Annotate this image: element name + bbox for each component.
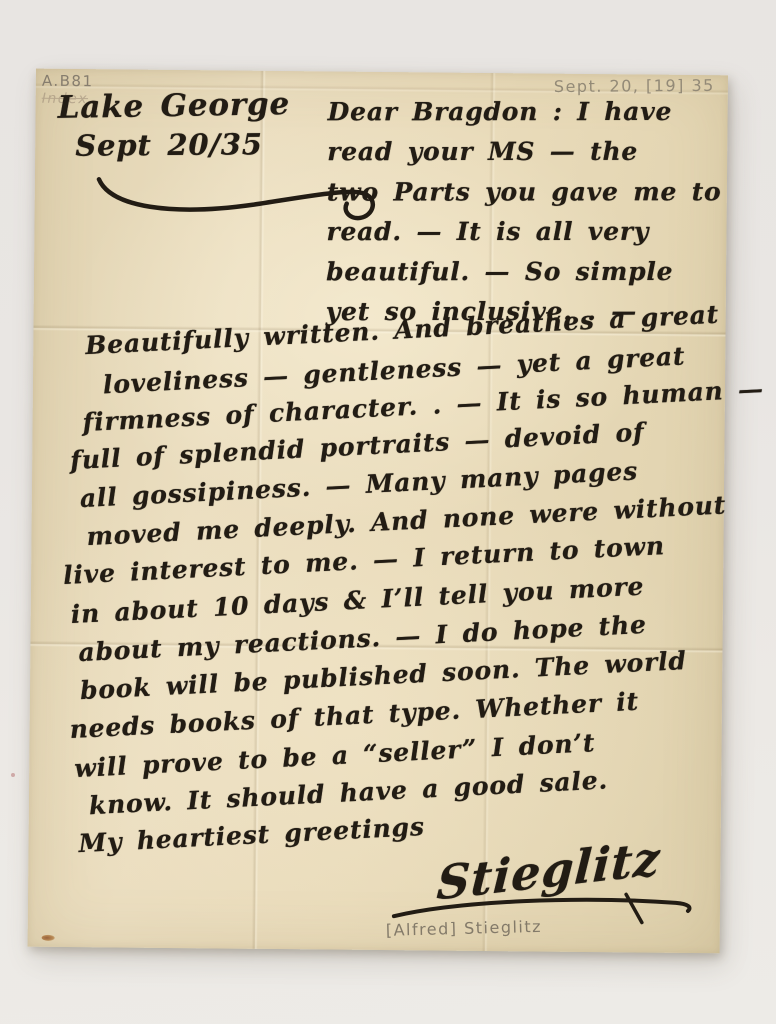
letter-line: two Parts you gave me to bbox=[327, 177, 722, 206]
signature-flourish bbox=[390, 890, 700, 929]
catalog-number-annotation: A.B81 bbox=[42, 72, 94, 90]
letter-paper: A.B81 Index Sept. 20, [19] 35 [Alfred] S… bbox=[28, 69, 728, 954]
letter-line: read. — It is all very bbox=[326, 217, 649, 246]
date-annotation: Sept. 20, [19] 35 bbox=[554, 76, 715, 96]
foxing-stain bbox=[42, 935, 55, 941]
letter-line: Dear Bragdon : I have bbox=[328, 97, 673, 126]
letter-place: Lake George bbox=[57, 86, 290, 126]
mat-speck bbox=[11, 773, 15, 777]
letter-line: beautiful. — So simple bbox=[326, 257, 673, 286]
letter-photograph: A.B81 Index Sept. 20, [19] 35 [Alfred] S… bbox=[0, 0, 776, 1024]
letter-date: Sept 20/35 bbox=[75, 127, 263, 162]
letter-line: read your MS — the bbox=[327, 137, 638, 166]
